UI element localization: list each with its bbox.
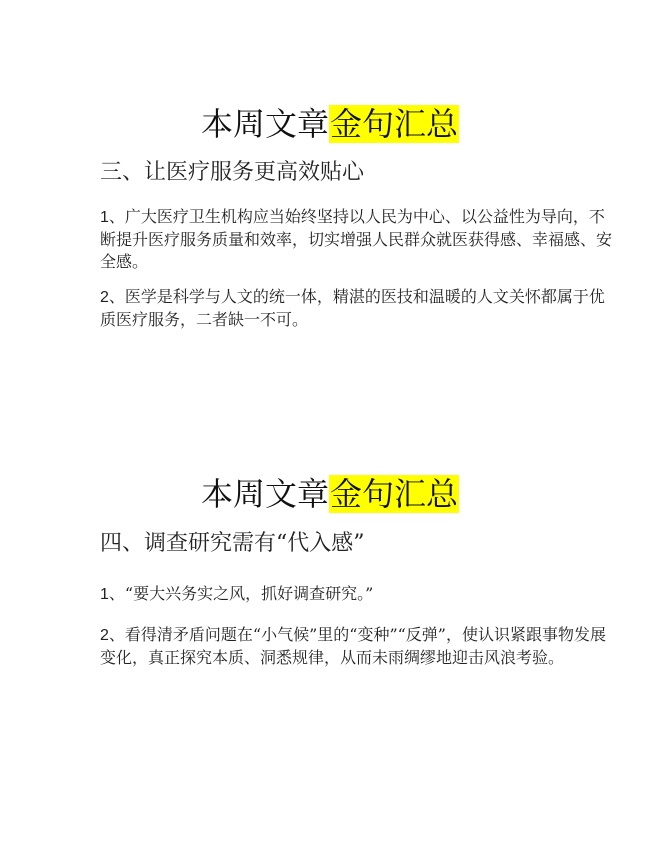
quote-paragraph: 1、广大医疗卫生机构应当始终坚持以人民为中心、以公益性为导向，不断提升医疗服务质… bbox=[100, 206, 612, 273]
title-plain: 本周文章 bbox=[201, 105, 329, 143]
paragraph-number: 1 bbox=[100, 586, 109, 603]
section-heading: 四、调查研究需有“代入感” bbox=[100, 530, 365, 558]
quote-paragraph: 1、“要大兴务实之风，抓好调查研究。” bbox=[100, 583, 612, 606]
paragraph-number: 2 bbox=[100, 289, 109, 306]
paragraph-text: 、医学是科学与人文的统一体，精湛的医技和温暖的人文关怀都属于优质医疗服务，二者缺… bbox=[100, 287, 605, 329]
title-highlight: 金句汇总 bbox=[329, 475, 459, 513]
paragraph-number: 1 bbox=[100, 209, 109, 226]
quote-paragraph: 2、看得清矛盾问题在“小气候”里的“变种”“反弹”，使认识紧跟事物发展变化，真正… bbox=[100, 624, 612, 669]
paragraph-text: 、广大医疗卫生机构应当始终坚持以人民为中心、以公益性为导向，不断提升医疗服务质量… bbox=[100, 207, 612, 271]
paragraph-text: 、“要大兴务实之风，抓好调查研究。” bbox=[109, 584, 373, 603]
section-heading: 三、让医疗服务更高效贴心 bbox=[100, 159, 364, 187]
title-plain: 本周文章 bbox=[201, 475, 329, 513]
title-highlight: 金句汇总 bbox=[329, 105, 459, 143]
page-title: 本周文章金句汇总 bbox=[0, 104, 660, 144]
page-title: 本周文章金句汇总 bbox=[0, 474, 660, 514]
paragraph-text: 、看得清矛盾问题在“小气候”里的“变种”“反弹”，使认识紧跟事物发展变化，真正探… bbox=[100, 625, 606, 667]
paragraph-number: 2 bbox=[100, 627, 109, 644]
quote-paragraph: 2、医学是科学与人文的统一体，精湛的医技和温暖的人文关怀都属于优质医疗服务，二者… bbox=[100, 286, 612, 331]
